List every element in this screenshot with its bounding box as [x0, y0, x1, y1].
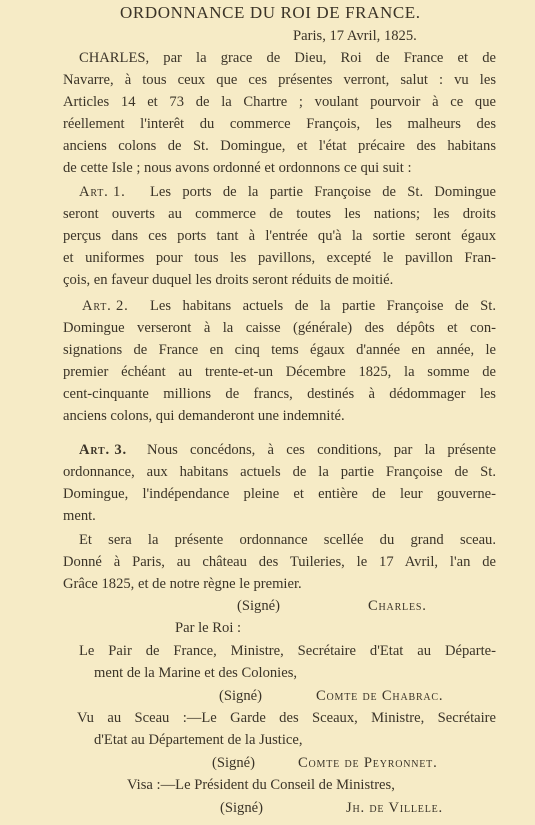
article-2-line: signations de France en cinq tems égaux … — [63, 341, 496, 359]
closing-line: Grâce 1825, et de notre règne le premier… — [63, 575, 302, 593]
sceau-title: Vu au Sceau :—Le Garde des Sceaux, Minis… — [77, 709, 496, 727]
visa-title: Visa :—Le Président du Conseil de Minist… — [127, 776, 395, 794]
document-title: ORDONNANCE DU ROI DE FRANCE. — [120, 3, 421, 23]
article-3-label: Art. 3. — [79, 441, 127, 459]
preamble-line: Articles 14 et 73 de la Chartre ; voulan… — [63, 93, 496, 111]
article-1-line: çois, en faveur duquel les droits seront… — [63, 271, 393, 289]
signed-label: (Signé) — [237, 597, 280, 615]
minister-marine-title: Le Pair de France, Ministre, Secrétaire … — [79, 642, 496, 660]
article-2-line: cent-cinquante millions de francs, desti… — [63, 385, 496, 403]
closing-line: Donné à Paris, au château des Tuileries,… — [63, 553, 496, 571]
signature-villele: Jh. de Villele. — [346, 799, 443, 817]
preamble-line: réellement l'interêt du commerce Françoi… — [63, 115, 496, 133]
preamble-line: CHARLES, par la grace de Dieu, Roi de Fr… — [79, 49, 496, 67]
signed-label: (Signé) — [219, 687, 262, 705]
dateline: Paris, 17 Avril, 1825. — [293, 27, 417, 45]
article-3-line: ordonnance, aux habitans actuels de la p… — [63, 463, 496, 481]
preamble-line: de cette Isle ; nous avons ordonné et or… — [63, 159, 412, 177]
article-1-line: seront ouverts au commerce de toutes les… — [63, 205, 496, 223]
signed-label: (Signé) — [220, 799, 263, 817]
signature-king: Charles. — [368, 597, 427, 615]
article-2-line: Les habitans actuels de la partie Franço… — [150, 297, 496, 315]
closing-line: Et sera la présente ordonnance scellée d… — [79, 531, 496, 549]
article-2-label: Art. 2. — [82, 297, 129, 315]
signature-peyronnet: Comte de Peyronnet. — [298, 754, 438, 772]
article-2-line: anciens colons, qui demanderont une inde… — [63, 407, 345, 425]
article-3-line: Nous concédons, à ces conditions, par la… — [147, 441, 496, 459]
preamble-line: anciens colons de St. Domingue, et l'éta… — [63, 137, 496, 155]
article-3-line: ment. — [63, 507, 96, 525]
article-1-line: perçus dans ces ports tant à l'entrée qu… — [63, 227, 496, 245]
article-1-line: Les ports de la partie Françoise de St. … — [150, 183, 496, 201]
signed-label: (Signé) — [212, 754, 255, 772]
article-1-label: Art. 1. — [79, 183, 126, 201]
sceau-title: d'Etat au Département de la Justice, — [94, 731, 302, 749]
article-1-line: et uniformes pour tous les pavillons, ex… — [63, 249, 496, 267]
preamble-line: Navarre, à tous ceux que ces présentes v… — [63, 71, 496, 89]
par-le-roi: Par le Roi : — [175, 619, 241, 637]
article-2-line: Domingue verseront à la caisse (générale… — [63, 319, 496, 337]
minister-marine-title: ment de la Marine et des Colonies, — [94, 664, 297, 682]
article-2-line: premier échéant au trente-et-un Décembre… — [63, 363, 496, 381]
signature-chabrac: Comte de Chabrac. — [316, 687, 443, 705]
article-3-line: Domingue, l'indépendance pleine et entiè… — [63, 485, 496, 503]
